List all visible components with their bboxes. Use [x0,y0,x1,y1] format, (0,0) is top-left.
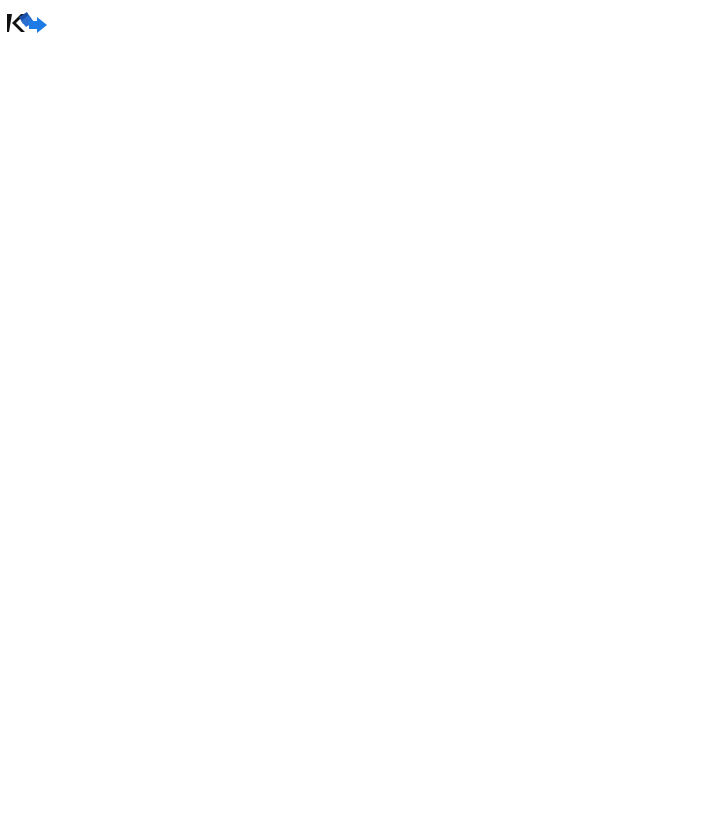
epraca-logo-icon [7,11,47,35]
page-header [0,0,725,46]
